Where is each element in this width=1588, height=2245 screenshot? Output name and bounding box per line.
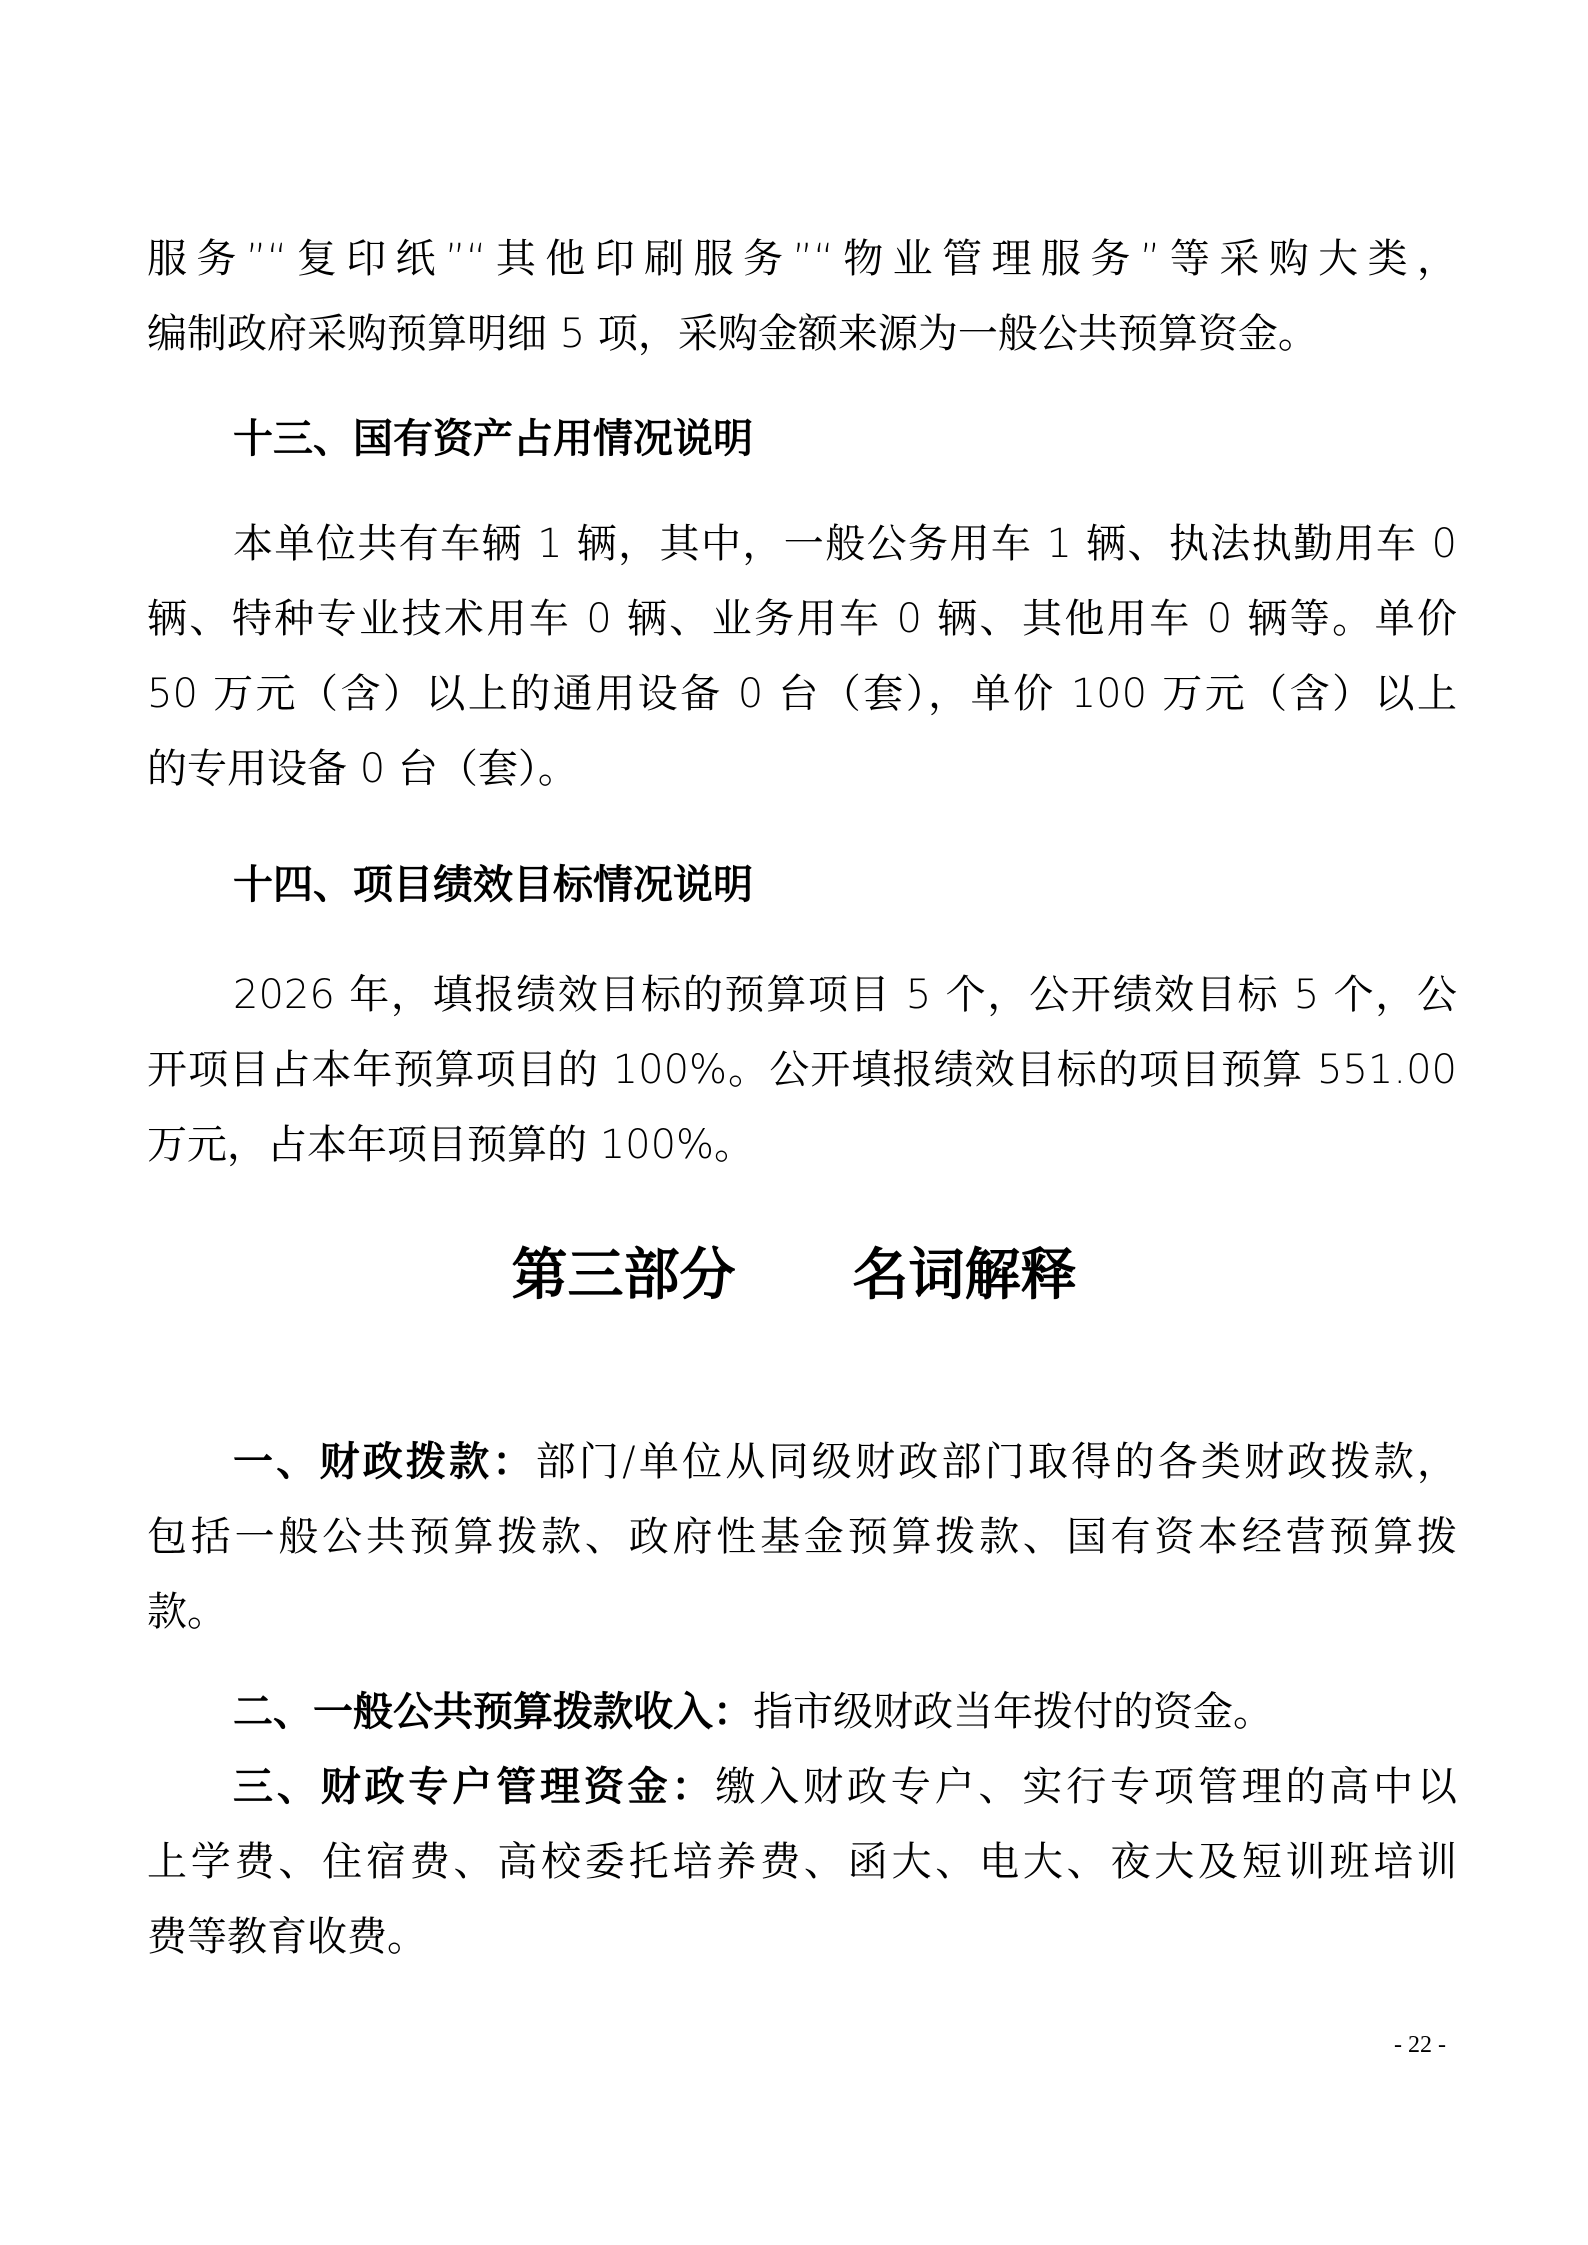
- glossary-term-general-budget-income: 二、一般公共预算拨款收入：: [233, 1689, 753, 1735]
- glossary-item-1-line-3: 款。: [147, 1575, 1457, 1650]
- section-14-text-line-2: 开项目占本年预算项目的 100%。公开填报绩效目标的项目预算 551.00: [147, 1033, 1457, 1108]
- section-14-text-line-1: 2026 年，填报绩效目标的预算项目 5 个，公开绩效目标 5 个，公: [233, 958, 1457, 1033]
- glossary-item-3-line-3: 费等教育收费。: [147, 1900, 1457, 1975]
- section-13-heading: 十三、国有资产占用情况说明: [233, 402, 753, 477]
- section-14-heading: 十四、项目绩效目标情况说明: [233, 848, 753, 923]
- glossary-definition-text: 缴入财政专户、实行专项管理的高中以: [715, 1764, 1457, 1810]
- section-13-text-line-2: 辆、特种专业技术用车 0 辆、业务用车 0 辆、其他用车 0 辆等。单价: [147, 582, 1457, 657]
- glossary-item-3-line-1: 三、财政专户管理资金：缴入财政专户、实行专项管理的高中以: [233, 1750, 1457, 1825]
- glossary-item-1-line-2: 包括一般公共预算拨款、政府性基金预算拨款、国有资本经营预算拨: [147, 1500, 1457, 1575]
- procurement-text-line-2: 编制政府采购预算明细 5 项，采购金额来源为一般公共预算资金。: [147, 297, 1457, 372]
- section-13-text-line-1: 本单位共有车辆 1 辆，其中，一般公务用车 1 辆、执法执勤用车 0: [233, 507, 1457, 582]
- page-number: - 22 -: [1380, 2032, 1460, 2059]
- glossary-term-fiscal-appropriation: 一、财政拨款：: [233, 1439, 536, 1485]
- procurement-text-line-1: 服务”“复印纸”“其他印刷服务”“物业管理服务”等采购大类，: [147, 222, 1457, 297]
- document-page: 服务”“复印纸”“其他印刷服务”“物业管理服务”等采购大类， 编制政府采购预算明…: [0, 0, 1588, 2245]
- section-14-text-line-3: 万元，占本年项目预算的 100%。: [147, 1108, 1457, 1183]
- part-three-title: 第三部分 名词解释: [0, 1230, 1588, 1320]
- glossary-definition-text: 指市级财政当年拨付的资金。: [753, 1689, 1273, 1735]
- section-13-text-line-3: 50 万元（含）以上的通用设备 0 台（套），单价 100 万元（含）以上: [147, 657, 1457, 732]
- section-13-text-line-4: 的专用设备 0 台（套）。: [147, 732, 1457, 807]
- glossary-definition-text: 部门/单位从同级财政部门取得的各类财政拨款，: [536, 1439, 1457, 1485]
- glossary-item-1-line-1: 一、财政拨款：部门/单位从同级财政部门取得的各类财政拨款，: [233, 1425, 1457, 1500]
- glossary-item-3-line-2: 上学费、住宿费、高校委托培养费、函大、电大、夜大及短训班培训: [147, 1825, 1457, 1900]
- glossary-item-2-line-1: 二、一般公共预算拨款收入：指市级财政当年拨付的资金。: [233, 1675, 1457, 1750]
- glossary-term-special-account-funds: 三、财政专户管理资金：: [233, 1764, 715, 1810]
